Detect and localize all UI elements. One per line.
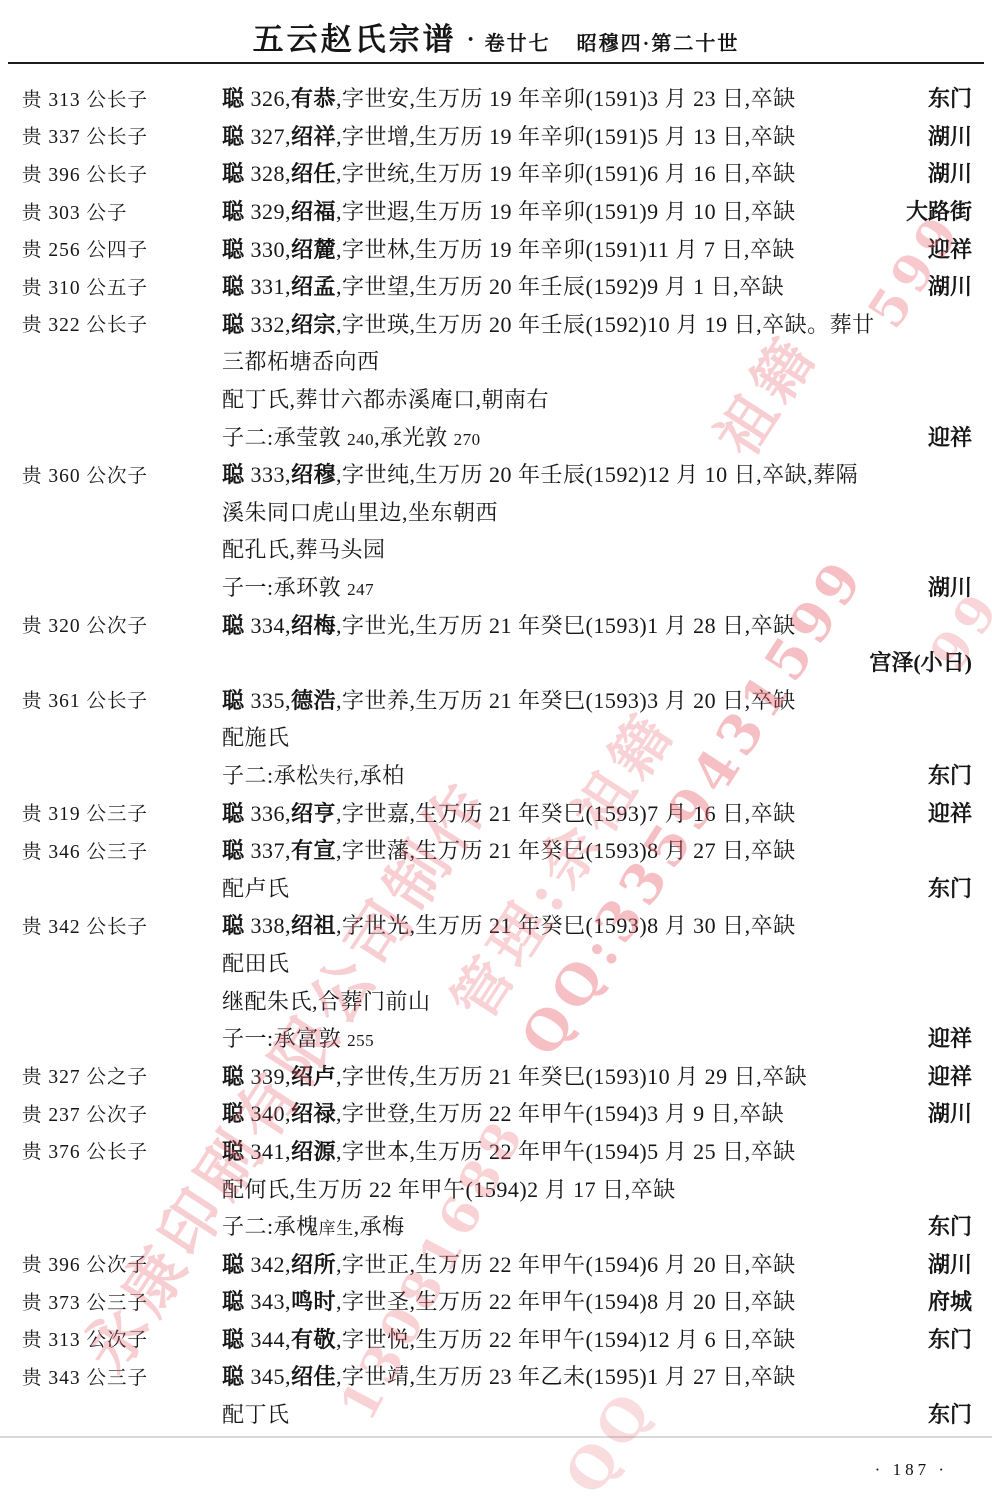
genealogy-page: 五云赵氏宗谱·卷廿七昭穆四·第二十世 贵 313 公长子聪 326,有恭,字世安… (0, 0, 992, 1512)
entry-text: 聪 342,绍所,字世正,生万历 22 年甲午(1594)6 月 20 日,卒缺 (222, 1248, 850, 1279)
entry-text: 聪 343,鸣时,字世圣,生万历 22 年甲午(1594)8 月 20 日,卒缺 (222, 1285, 850, 1316)
table-row: 子一:承富敦 255迎祥 (0, 1019, 992, 1057)
table-row: 子二:承槐庠生,承梅东门 (0, 1207, 992, 1245)
table-row: 配丁氏东门 (0, 1395, 992, 1433)
entry-text: 聪 336,绍亨,字世嘉,生万历 21 年癸巳(1593)7 月 16 日,卒缺 (222, 797, 850, 828)
section-label: 昭穆四·第二十世 (577, 33, 740, 55)
table-row: 贵 313 公次子聪 344,有敬,字世悦,生万历 22 年甲午(1594)12… (0, 1320, 992, 1358)
table-row: 配田氏 (0, 944, 992, 982)
branch-label: 湖川 (850, 120, 992, 151)
table-row: 贵 342 公长子聪 338,绍祖,字世光,生万历 21 年癸巳(1593)8 … (0, 906, 992, 944)
entry-text: 配卢氏 (222, 872, 850, 903)
branch-label: 迎祥 (850, 421, 992, 452)
branch-label: 迎祥 (850, 797, 992, 828)
branch-label: 迎祥 (850, 233, 992, 264)
parent-label: 贵 396 公次子 (0, 1249, 222, 1277)
branch-label: 东门 (850, 759, 992, 790)
entry-text: 聪 333,绍穆,字世纯,生万历 20 年壬辰(1592)12 月 10 日,卒… (222, 458, 858, 489)
branch-label: 大路街 (850, 195, 992, 226)
table-row: 贵 327 公之子聪 339,绍卢,字世传,生万历 21 年癸巳(1593)10… (0, 1056, 992, 1094)
table-row: 贵 346 公三子聪 337,有宣,字世藩,生万历 21 年癸巳(1593)8 … (0, 831, 992, 869)
branch-label: 迎祥 (850, 1060, 992, 1091)
entry-text: 配丁氏,葬廿六都赤溪庵口,朝南右 (222, 383, 850, 414)
parent-label: 贵 346 公三子 (0, 836, 222, 864)
table-row: 配何氏,生万历 22 年甲午(1594)2 月 17 日,卒缺 (0, 1169, 992, 1207)
entry-text: 聪 326,有恭,字世安,生万历 19 年辛卯(1591)3 月 23 日,卒缺 (222, 82, 850, 113)
parent-label: 贵 303 公子 (0, 197, 222, 225)
table-row: 配孔氏,葬马头园 (0, 530, 992, 568)
parent-label: 贵 396 公长子 (0, 159, 222, 187)
entry-text: 子二:承莹敦 240,承光敦 270 (222, 421, 850, 452)
branch-label: 东门 (850, 1210, 992, 1241)
parent-label: 贵 313 公次子 (0, 1324, 222, 1352)
entry-text: 聪 340,绍禄,字世登,生万历 22 年甲午(1594)3 月 9 日,卒缺 (222, 1097, 850, 1128)
scan-artifact-line (0, 1436, 992, 1438)
table-row: 贵 343 公三子聪 345,绍佳,字世靖,生万历 23 年乙未(1595)1 … (0, 1357, 992, 1395)
header-separator-dot: · (467, 27, 475, 53)
table-row: 贵 376 公长子聪 341,绍源,字世本,生万历 22 年甲午(1594)5 … (0, 1132, 992, 1170)
table-row: 贵 310 公五子聪 331,绍孟,字世望,生万历 20 年壬辰(1592)9 … (0, 267, 992, 305)
branch-label: 东门 (850, 872, 992, 903)
branch-label: 东门 (850, 1323, 992, 1354)
table-row: 配施氏 (0, 718, 992, 756)
entry-text: 聪 341,绍源,字世本,生万历 22 年甲午(1594)5 月 25 日,卒缺 (222, 1135, 850, 1166)
branch-label: 府城 (850, 1285, 992, 1316)
page-number: · 187 · (875, 1460, 948, 1480)
entry-text: 聪 334,绍梅,字世光,生万历 21 年癸巳(1593)1 月 28 日,卒缺 (222, 609, 850, 640)
table-row: 配卢氏东门 (0, 868, 992, 906)
branch-label: 湖川 (850, 1248, 992, 1279)
parent-label: 贵 310 公五子 (0, 272, 222, 300)
entry-text: 聪 329,绍福,字世遐,生万历 19 年辛卯(1591)9 月 10 日,卒缺 (222, 195, 850, 226)
table-row: 宫泽(小日) (0, 643, 992, 681)
page-header: 五云赵氏宗谱·卷廿七昭穆四·第二十世 (0, 14, 992, 59)
branch-label: 湖川 (850, 1097, 992, 1128)
entry-text: 子二:承槐庠生,承梅 (222, 1210, 850, 1241)
entry-text: 继配朱氏,合葬门前山 (222, 985, 850, 1016)
entry-text: 聪 344,有敬,字世悦,生万历 22 年甲午(1594)12 月 6 日,卒缺 (222, 1323, 850, 1354)
branch-label: 东门 (850, 82, 992, 113)
parent-label: 贵 361 公长子 (0, 685, 222, 713)
table-row: 贵 237 公次子聪 340,绍禄,字世登,生万历 22 年甲午(1594)3 … (0, 1094, 992, 1132)
entry-text: 三都柘塘岙向西 (222, 345, 850, 376)
table-row: 配丁氏,葬廿六都赤溪庵口,朝南右 (0, 380, 992, 418)
entry-text: 聪 338,绍祖,字世光,生万历 21 年癸巳(1593)8 月 30 日,卒缺 (222, 909, 850, 940)
entry-lines: 贵 313 公长子聪 326,有恭,字世安,生万历 19 年辛卯(1591)3 … (0, 79, 992, 1432)
entry-text: 聪 328,绍任,字世统,生万历 19 年辛卯(1591)6 月 16 日,卒缺 (222, 157, 850, 188)
branch-label: 东门 (850, 1398, 992, 1429)
parent-label: 贵 319 公三子 (0, 798, 222, 826)
entry-text: 聪 330,绍麓,字世林,生万历 19 年辛卯(1591)11 月 7 日,卒缺 (222, 233, 850, 264)
parent-label: 贵 256 公四子 (0, 234, 222, 262)
entry-text: 溪朱同口虎山里边,坐东朝西 (222, 496, 850, 527)
table-row: 子二:承松失行,承柏东门 (0, 756, 992, 794)
entry-text: 聪 345,绍佳,字世靖,生万历 23 年乙未(1595)1 月 27 日,卒缺 (222, 1360, 850, 1391)
table-row: 贵 256 公四子聪 330,绍麓,字世林,生万历 19 年辛卯(1591)11… (0, 229, 992, 267)
table-row: 贵 361 公长子聪 335,德浩,字世养,生万历 21 年癸巳(1593)3 … (0, 681, 992, 719)
table-row: 贵 313 公长子聪 326,有恭,字世安,生万历 19 年辛卯(1591)3 … (0, 79, 992, 117)
book-title: 五云赵氏宗谱 (253, 22, 457, 57)
table-row: 贵 303 公子聪 329,绍福,字世遐,生万历 19 年辛卯(1591)9 月… (0, 192, 992, 230)
table-row: 贵 322 公长子聪 332,绍宗,字世瑛,生万历 20 年壬辰(1592)10… (0, 305, 992, 343)
header-divider (8, 62, 984, 64)
table-row: 贵 320 公次子聪 334,绍梅,字世光,生万历 21 年癸巳(1593)1 … (0, 605, 992, 643)
branch-label: 湖川 (850, 157, 992, 188)
table-row: 贵 360 公次子聪 333,绍穆,字世纯,生万历 20 年壬辰(1592)12… (0, 455, 992, 493)
branch-label: 迎祥 (850, 1022, 992, 1053)
table-row: 子二:承莹敦 240,承光敦 270迎祥 (0, 417, 992, 455)
table-row: 贵 396 公长子聪 328,绍任,字世统,生万历 19 年辛卯(1591)6 … (0, 154, 992, 192)
branch-label: 湖川 (850, 571, 992, 602)
entry-text: 子二:承松失行,承柏 (222, 759, 850, 790)
parent-label: 贵 360 公次子 (0, 460, 222, 488)
branch-label: 湖川 (850, 270, 992, 301)
parent-label: 贵 320 公次子 (0, 610, 222, 638)
parent-label: 贵 337 公长子 (0, 121, 222, 149)
entry-text: 聪 339,绍卢,字世传,生万历 21 年癸巳(1593)10 月 29 日,卒… (222, 1060, 850, 1091)
entry-text: 配施氏 (222, 721, 850, 752)
parent-label: 贵 376 公长子 (0, 1136, 222, 1164)
table-row: 继配朱氏,合葬门前山 (0, 981, 992, 1019)
entry-text: 聪 337,有宣,字世藩,生万历 21 年癸巳(1593)8 月 27 日,卒缺 (222, 834, 850, 865)
parent-label: 贵 327 公之子 (0, 1061, 222, 1089)
table-row: 溪朱同口虎山里边,坐东朝西 (0, 493, 992, 531)
volume-label: 卷廿七 (485, 33, 551, 55)
entry-text: 配孔氏,葬马头园 (222, 533, 850, 564)
entry-text: 配何氏,生万历 22 年甲午(1594)2 月 17 日,卒缺 (222, 1173, 850, 1204)
parent-label: 贵 237 公次子 (0, 1099, 222, 1127)
entry-text: 配丁氏 (222, 1398, 850, 1429)
entry-text: 子一:承富敦 255 (222, 1022, 850, 1053)
entry-text: 聪 331,绍孟,字世望,生万历 20 年壬辰(1592)9 月 1 日,卒缺 (222, 270, 850, 301)
table-row: 贵 337 公长子聪 327,绍祥,字世增,生万历 19 年辛卯(1591)5 … (0, 117, 992, 155)
table-row: 贵 373 公三子聪 343,鸣时,字世圣,生万历 22 年甲午(1594)8 … (0, 1282, 992, 1320)
parent-label: 贵 322 公长子 (0, 309, 222, 337)
parent-label: 贵 373 公三子 (0, 1287, 222, 1315)
entry-text: 聪 327,绍祥,字世增,生万历 19 年辛卯(1591)5 月 13 日,卒缺 (222, 120, 850, 151)
branch-label: 宫泽(小日) (850, 646, 992, 677)
entry-text: 聪 335,德浩,字世养,生万历 21 年癸巳(1593)3 月 20 日,卒缺 (222, 684, 850, 715)
entry-text: 配田氏 (222, 947, 850, 978)
table-row: 贵 396 公次子聪 342,绍所,字世正,生万历 22 年甲午(1594)6 … (0, 1244, 992, 1282)
table-row: 三都柘塘岙向西 (0, 342, 992, 380)
parent-label: 贵 342 公长子 (0, 911, 222, 939)
table-row: 贵 319 公三子聪 336,绍亨,字世嘉,生万历 21 年癸巳(1593)7 … (0, 793, 992, 831)
parent-label: 贵 313 公长子 (0, 84, 222, 112)
entry-text: 子一:承环敦 247 (222, 571, 850, 602)
parent-label: 贵 343 公三子 (0, 1362, 222, 1390)
table-row: 子一:承环敦 247湖川 (0, 568, 992, 606)
entry-text: 聪 332,绍宗,字世瑛,生万历 20 年壬辰(1592)10 月 19 日,卒… (222, 308, 875, 339)
